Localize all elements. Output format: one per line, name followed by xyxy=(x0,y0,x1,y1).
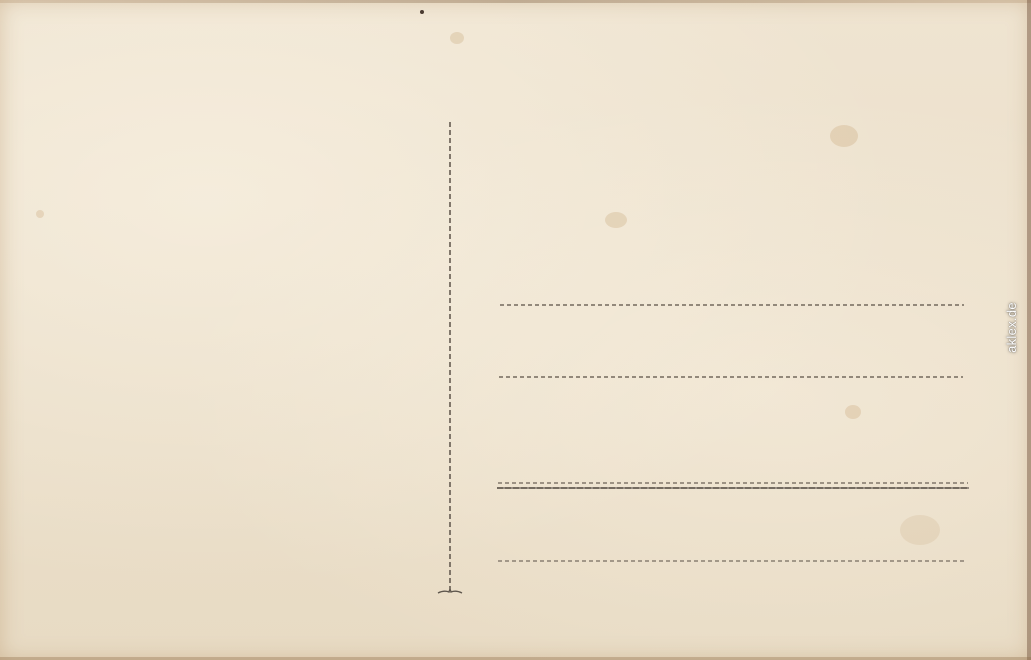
paper-stain xyxy=(900,515,940,545)
postcard-back: aklex.de xyxy=(0,0,1031,660)
paper-stain xyxy=(36,210,44,218)
paper-stain xyxy=(830,125,858,147)
paper-stain xyxy=(450,32,464,44)
paper-edge-right xyxy=(1027,0,1031,660)
divider-foot-ornament xyxy=(437,587,463,595)
message-address-divider xyxy=(449,122,451,590)
ink-speck xyxy=(420,10,424,14)
paper-stain xyxy=(605,212,627,228)
address-line-3 xyxy=(497,487,969,489)
address-line-4 xyxy=(498,560,966,562)
watermark: aklex.de xyxy=(1001,296,1021,358)
address-line-1 xyxy=(500,304,964,306)
address-line-3-upper xyxy=(498,482,968,484)
paper-stain xyxy=(845,405,861,419)
paper-edge-top xyxy=(0,0,1031,3)
watermark-text: aklex.de xyxy=(1004,302,1019,353)
address-line-2 xyxy=(499,376,963,378)
